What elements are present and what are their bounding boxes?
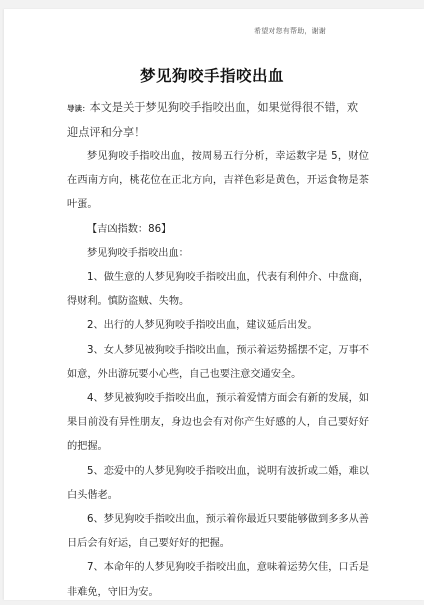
intro-paragraph: 导读：本文是关于梦见狗咬手指咬出血，如果觉得很不错，欢迎点评和分享！ <box>67 96 369 145</box>
paragraph-item-1: 1、做生意的人梦见狗咬手指咬出血，代表有利仲介、中盘商，得财利。慎防盗贼、失物。 <box>67 266 369 314</box>
paragraph-item-5: 5、恋爱中的人梦见狗咬手指咬出血，说明有波折或二婚，难以白头偕老。 <box>67 460 369 508</box>
paragraph-item-6: 6、梦见狗咬手指咬出血，预示着你最近只要能够做到多多从善日后会有好运，自己要好好… <box>67 508 369 556</box>
intro-text: 本文是关于梦见狗咬手指咬出血，如果觉得很不错，欢迎点评和分享！ <box>67 101 358 139</box>
paragraph-item-4: 4、梦见被狗咬手指咬出血，预示着爱情方面会有新的发展，如果目前没有异性朋友，身边… <box>67 387 369 460</box>
document-page: 希望对您有帮助，谢谢 梦见狗咬手指咬出血 导读：本文是关于梦见狗咬手指咬出血，如… <box>4 9 424 600</box>
header-note: 希望对您有帮助，谢谢 <box>254 26 326 36</box>
intro-lead: 导读： <box>67 104 90 113</box>
paragraph-heading: 梦见狗咬手指咬出血： <box>67 242 369 266</box>
paragraph-summary: 梦见狗咬手指咬出血，按周易五行分析，幸运数字是 5，财位在西南方向，桃花位在正北… <box>67 145 369 218</box>
paragraph-index: 【吉凶指数：86】 <box>67 218 369 242</box>
paragraph-item-3: 3、女人梦见被狗咬手指咬出血，预示着运势摇摆不定，万事不如意，外出游玩要小心些，… <box>67 339 369 387</box>
paragraph-item-2: 2、出行的人梦见狗咬手指咬出血，建议延后出发。 <box>67 314 369 338</box>
document-body: 导读：本文是关于梦见狗咬手指咬出血，如果觉得很不错，欢迎点评和分享！ 梦见狗咬手… <box>67 96 369 600</box>
paragraph-item-7: 7、本命年的人梦见狗咬手指咬出血，意味着运势欠佳，口舌是非难免，守旧为安。 <box>67 556 369 600</box>
document-title: 梦见狗咬手指咬出血 <box>0 64 424 86</box>
